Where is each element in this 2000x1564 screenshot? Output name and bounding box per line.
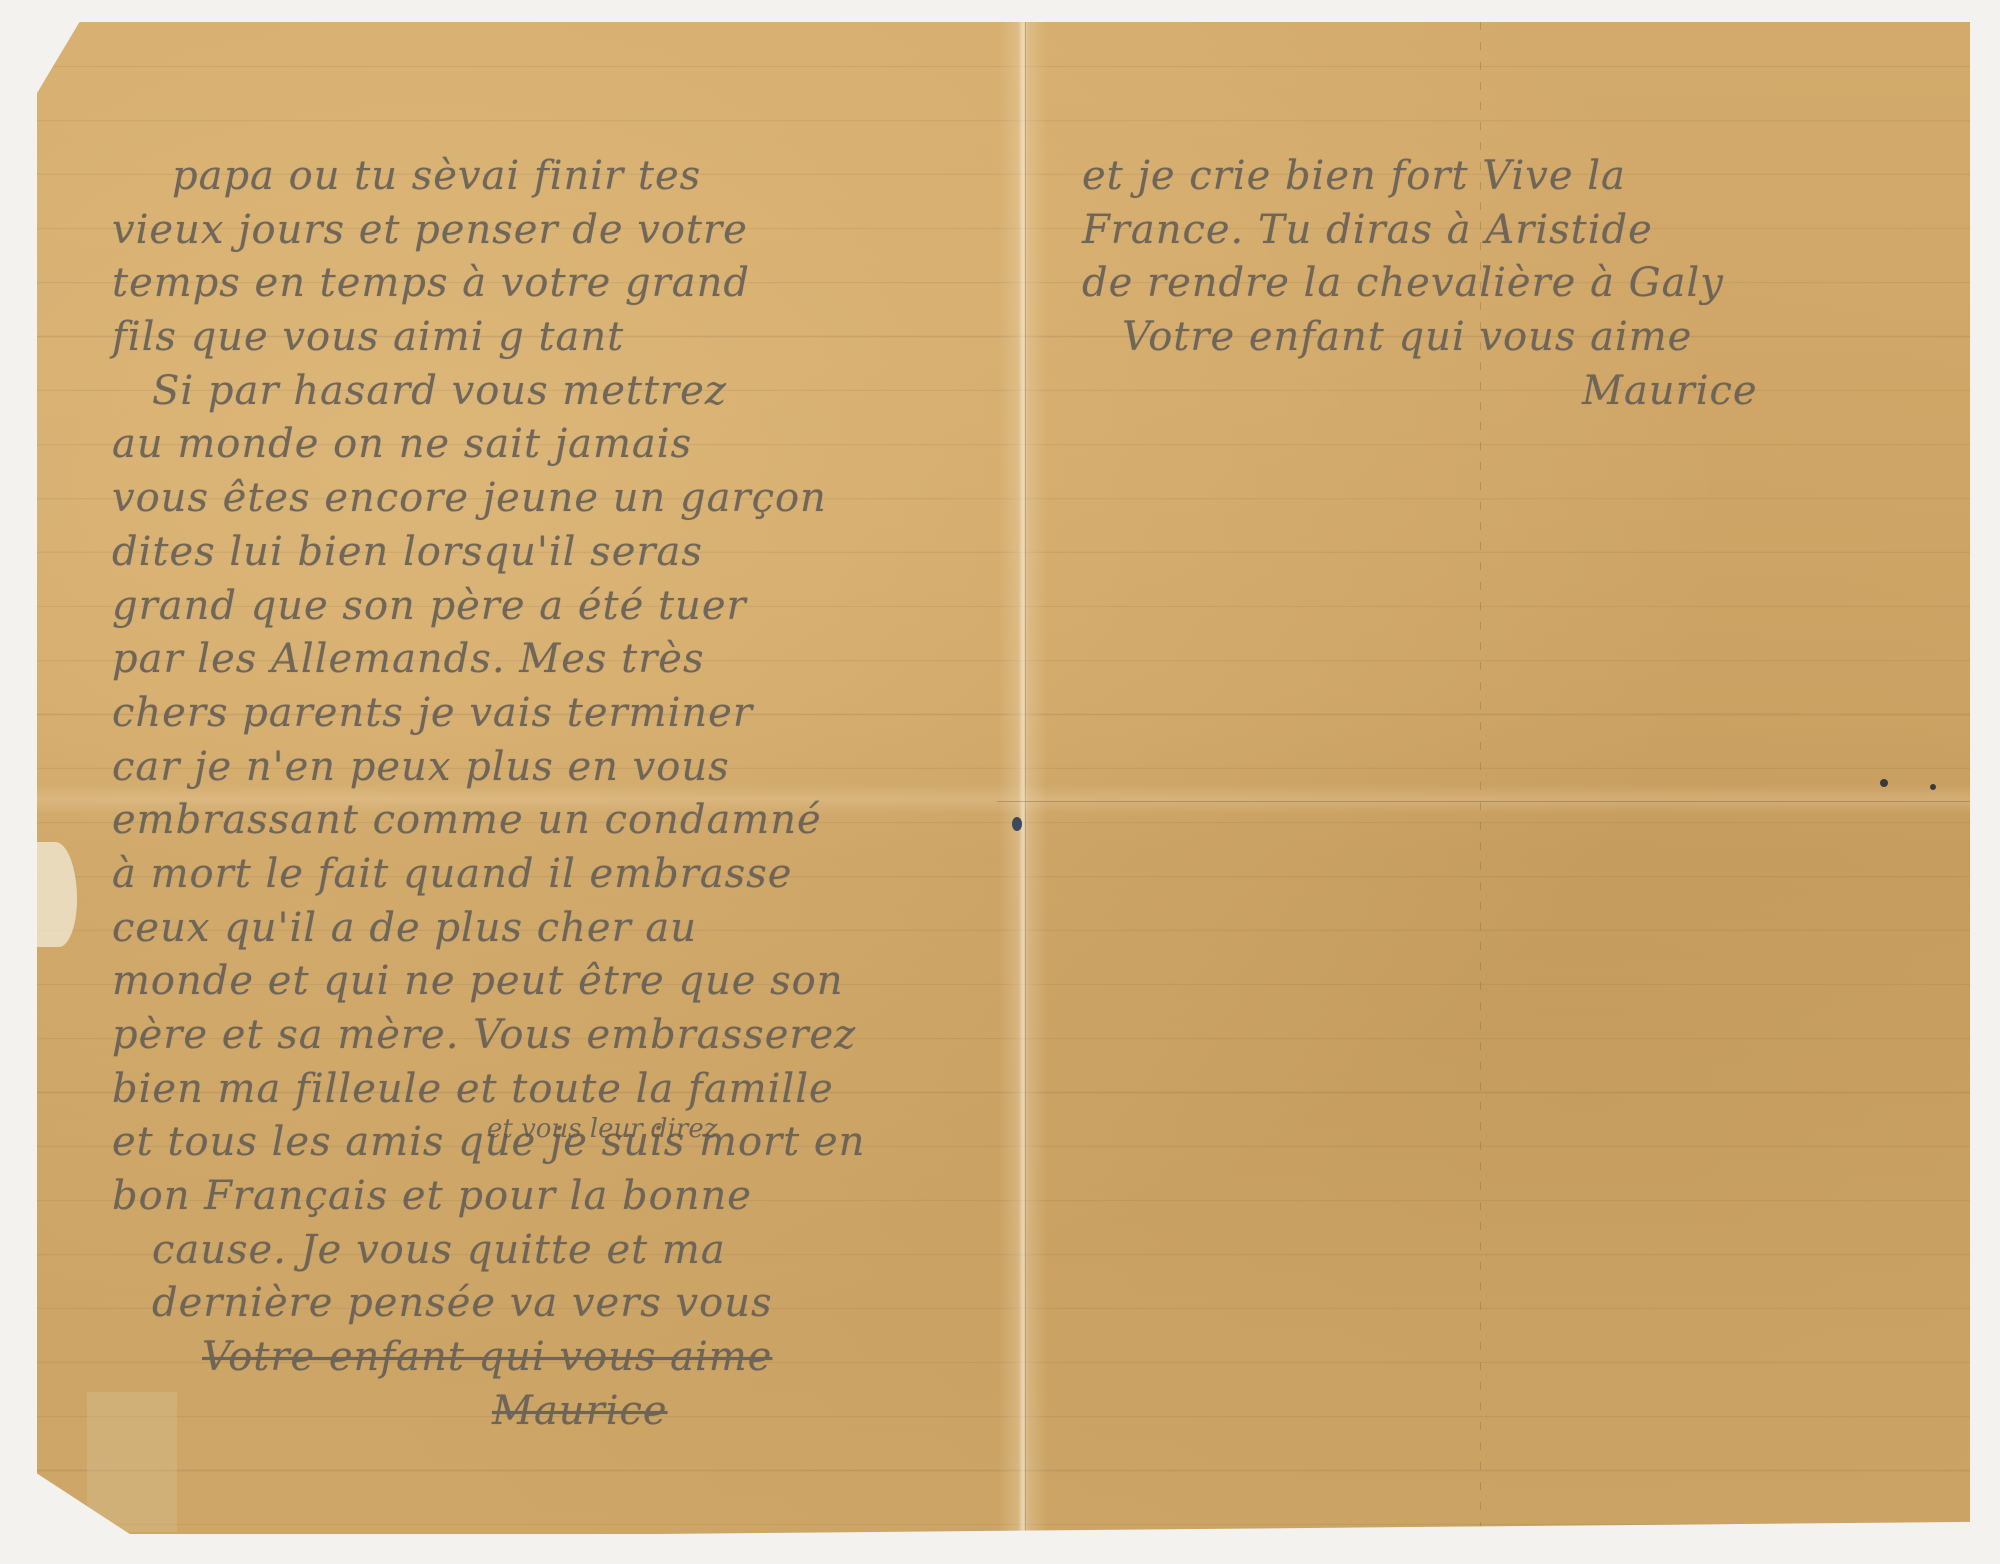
letter-line: Si par hasard vous mettrez xyxy=(112,365,1032,419)
letter-line-underlined: grand que son père a été tuer xyxy=(112,580,1032,634)
ink-spot xyxy=(1880,779,1888,787)
letter-line: monde et qui ne peut être que son xyxy=(112,955,1032,1009)
letter-line: vous êtes encore jeune un garçon xyxy=(112,472,1032,526)
paper-sheet: papa ou tu sèvai finir tes vieux jours e… xyxy=(37,22,1970,1534)
letter-line: à mort le fait quand il embrasse xyxy=(112,848,1032,902)
right-page: et je crie bien fort Vive la France. Tu … xyxy=(1082,150,1982,418)
left-page: papa ou tu sèvai finir tes vieux jours e… xyxy=(112,150,1032,1439)
struck-closing-line: Votre enfant qui vous aime xyxy=(112,1331,1032,1385)
letter-line: dernière pensée va vers vous xyxy=(112,1277,1032,1331)
letter-line: vieux jours et penser de votre xyxy=(112,204,1032,258)
letter-line: car je n'en peux plus en vous xyxy=(112,741,1032,795)
letter-line: dites lui bien lorsqu'il seras xyxy=(112,526,1032,580)
letter-line: par les Allemands. Mes très xyxy=(112,633,1032,687)
letter-line: papa ou tu sèvai finir tes xyxy=(112,150,1032,204)
letter-line: et je crie bien fort Vive la xyxy=(1082,150,1982,204)
struck-signature: Maurice xyxy=(112,1385,1032,1439)
letter-line: cause. Je vous quitte et ma xyxy=(112,1224,1032,1278)
letter-line: bien ma filleule et toute la famille xyxy=(112,1063,1032,1117)
signature: Maurice xyxy=(1082,365,1982,419)
letter-line: au monde on ne sait jamais xyxy=(112,418,1032,472)
interlinear-insertion: et vous leur direz xyxy=(487,1114,717,1144)
letter-line: père et sa mère. Vous embrasserez xyxy=(112,1009,1032,1063)
letter-line: embrassant comme un condamné xyxy=(112,794,1032,848)
letter-line: de rendre la chevalière à Galy xyxy=(1082,257,1982,311)
ink-spot xyxy=(1012,817,1022,831)
ink-spot xyxy=(1930,784,1936,790)
letter-line: temps en temps à votre grand xyxy=(112,257,1032,311)
horizontal-fold-crease xyxy=(997,801,1970,802)
scanned-letter: papa ou tu sèvai finir tes vieux jours e… xyxy=(0,0,2000,1564)
letter-line-underlined: chers parents je vais terminer xyxy=(112,687,1032,741)
letter-line: ceux qu'il a de plus cher au xyxy=(112,902,1032,956)
letter-line: bon Français et pour la bonne xyxy=(112,1170,1032,1224)
closing-line: Votre enfant qui vous aime xyxy=(1082,311,1982,365)
letter-line: France. Tu diras à Aristide xyxy=(1082,204,1982,258)
letter-line: fils que vous aimi g tant xyxy=(112,311,1032,365)
